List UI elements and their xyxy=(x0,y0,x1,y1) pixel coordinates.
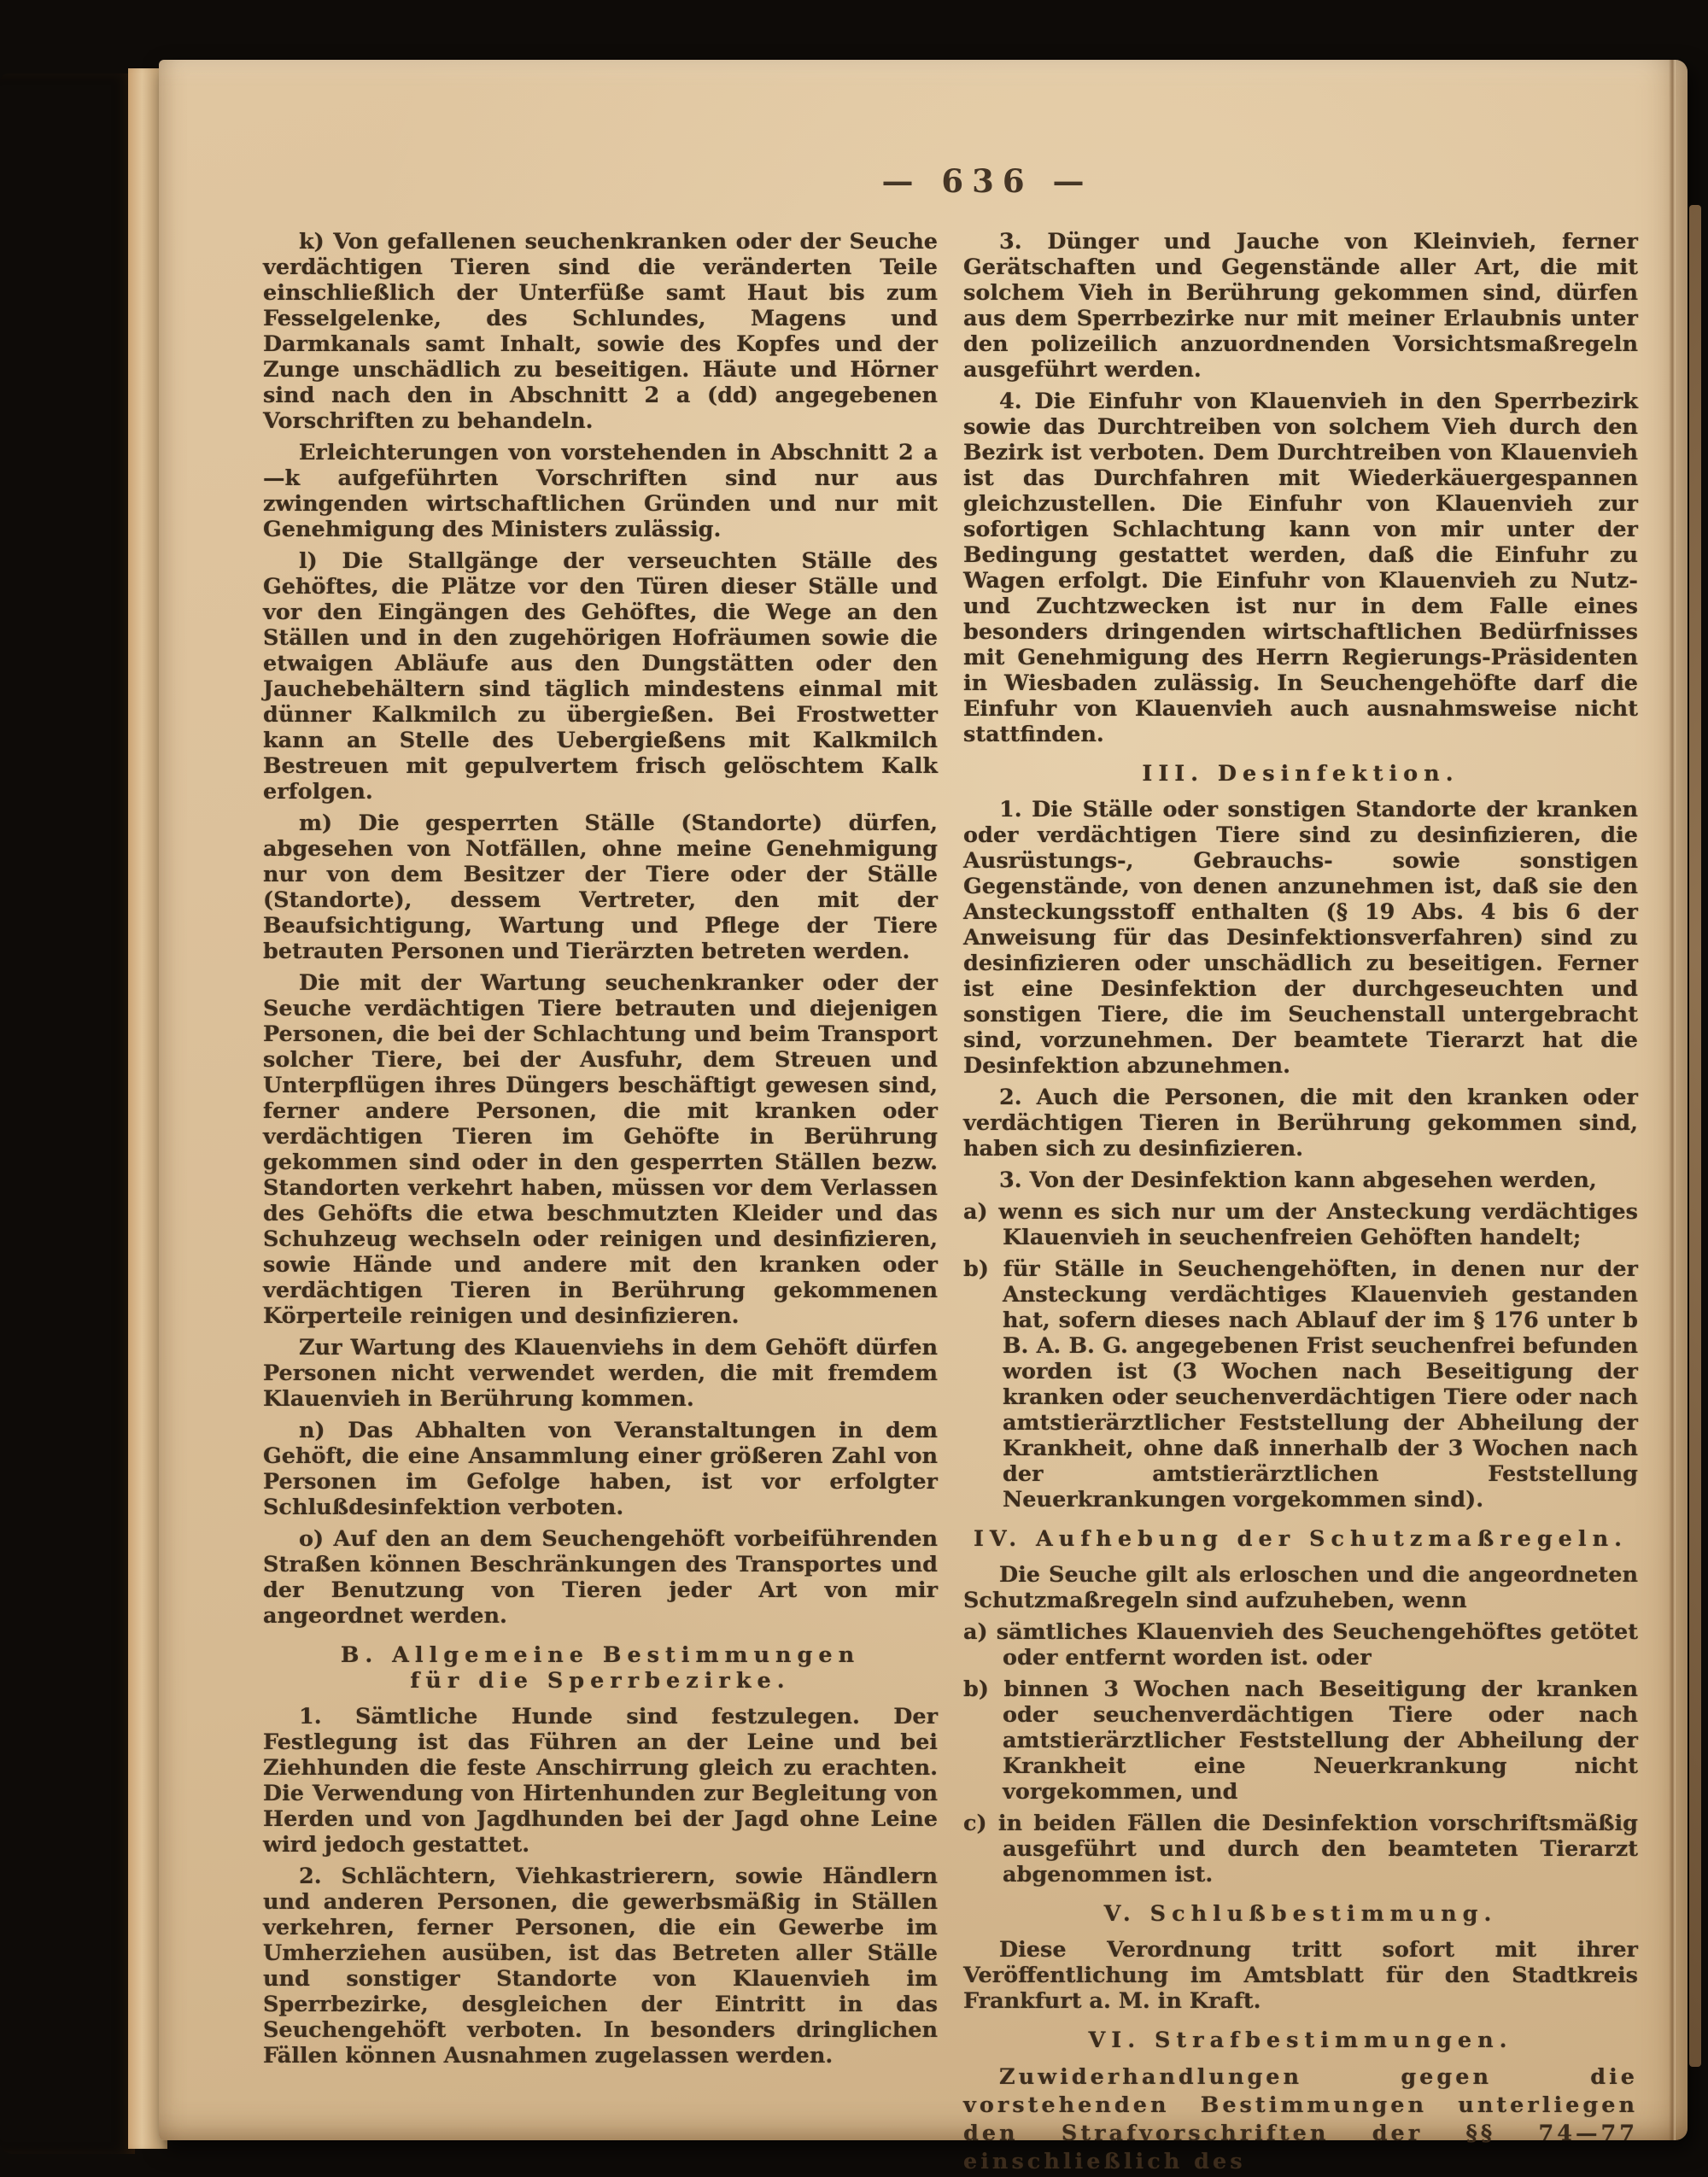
paragraph-o: o) Auf den an dem Seuchengehöft vorbeifü… xyxy=(263,1526,938,1629)
paragraph-desinfektion-1: 1. Die Ställe oder sonstigen Standorte d… xyxy=(963,797,1638,1079)
page-number: — 636 — xyxy=(287,162,1688,200)
section-heading-iv-aufhebung: IV. Aufhebung der Schutzmaßregeln. xyxy=(963,1526,1638,1552)
list-item-aufhebung-a: a) sämtliches Klauenvieh des Seuchengehö… xyxy=(963,1619,1638,1671)
next-page-edge xyxy=(1689,205,1701,2067)
left-column: k) Von gefallenen seuchenkranken oder de… xyxy=(263,229,938,2075)
list-item-aufhebung-c: c) in beiden Fällen die Desinfektion vor… xyxy=(963,1811,1638,1887)
section-heading-vi-strafbestimmungen: VI. Strafbestimmungen. xyxy=(963,2028,1638,2053)
page-stack-fore-edges xyxy=(0,73,135,2154)
paragraph-desinfektion-3: 3. Von der Desinfektion kann abgesehen w… xyxy=(963,1168,1638,1193)
scanned-page: — 636 — k) Von gefallenen seuchenkranken… xyxy=(159,60,1688,2140)
paragraph-wartung-personen: Die mit der Wartung seuchenkranker oder … xyxy=(263,970,938,1329)
paragraph-m: m) Die gesperrten Ställe (Standorte) dür… xyxy=(263,811,938,964)
paragraph-erleichterungen: Erleichterungen von vorstehenden in Absc… xyxy=(263,440,938,542)
paragraph-sperrbezirk-1: 1. Sämtliche Hunde sind festzulegen. Der… xyxy=(263,1704,938,1858)
right-column: 3. Dünger und Jauche von Kleinvieh, fern… xyxy=(963,229,1638,2177)
paragraph-desinfektion-2: 2. Auch die Personen, die mit den kranke… xyxy=(963,1085,1638,1162)
paragraph-schlussbestimmung: Diese Verordnung tritt sofort mit ihrer … xyxy=(963,1937,1638,2014)
paragraph-aufhebung-intro: Die Seuche gilt als erloschen und die an… xyxy=(963,1562,1638,1613)
paragraph-strafbestimmungen: Zuwiderhandlungen gegen die vorstehenden… xyxy=(963,2063,1638,2176)
section-heading-v-schlussbestimmung: V. Schlußbestimmung. xyxy=(963,1901,1638,1927)
paragraph-zur-wartung: Zur Wartung des Klauenviehs in dem Gehöf… xyxy=(263,1335,938,1412)
section-heading-iii-desinfektion: III. Desinfektion. xyxy=(963,761,1638,787)
paragraph-sperrbezirk-2: 2. Schlächtern, Viehkastrierern, sowie H… xyxy=(263,1864,938,2069)
list-item-aufhebung-b: b) binnen 3 Wochen nach Beseitigung der … xyxy=(963,1677,1638,1805)
book-scan-scene: — 636 — k) Von gefallenen seuchenkranken… xyxy=(0,0,1708,2177)
paragraph-sperrbezirk-3: 3. Dünger und Jauche von Kleinvieh, fern… xyxy=(963,229,1638,383)
list-item-desinfektion-a: a) wenn es sich nur um der Ansteckung ve… xyxy=(963,1199,1638,1250)
paragraph-sperrbezirk-4: 4. Die Einfuhr von Klauenvieh in den Spe… xyxy=(963,389,1638,747)
paragraph-k: k) Von gefallenen seuchenkranken oder de… xyxy=(263,229,938,434)
list-item-desinfektion-b: b) für Ställe in Seuchengehöften, in den… xyxy=(963,1256,1638,1513)
page-edge-crease xyxy=(1669,60,1676,2140)
paragraph-n: n) Das Abhalten von Veranstaltungen in d… xyxy=(263,1418,938,1520)
section-heading-b-allgemeine-bestimmungen: B. Allgemeine Bestimmungen für die Sperr… xyxy=(263,1642,938,1694)
paragraph-l: l) Die Stallgänge der verseuchten Ställe… xyxy=(263,548,938,805)
